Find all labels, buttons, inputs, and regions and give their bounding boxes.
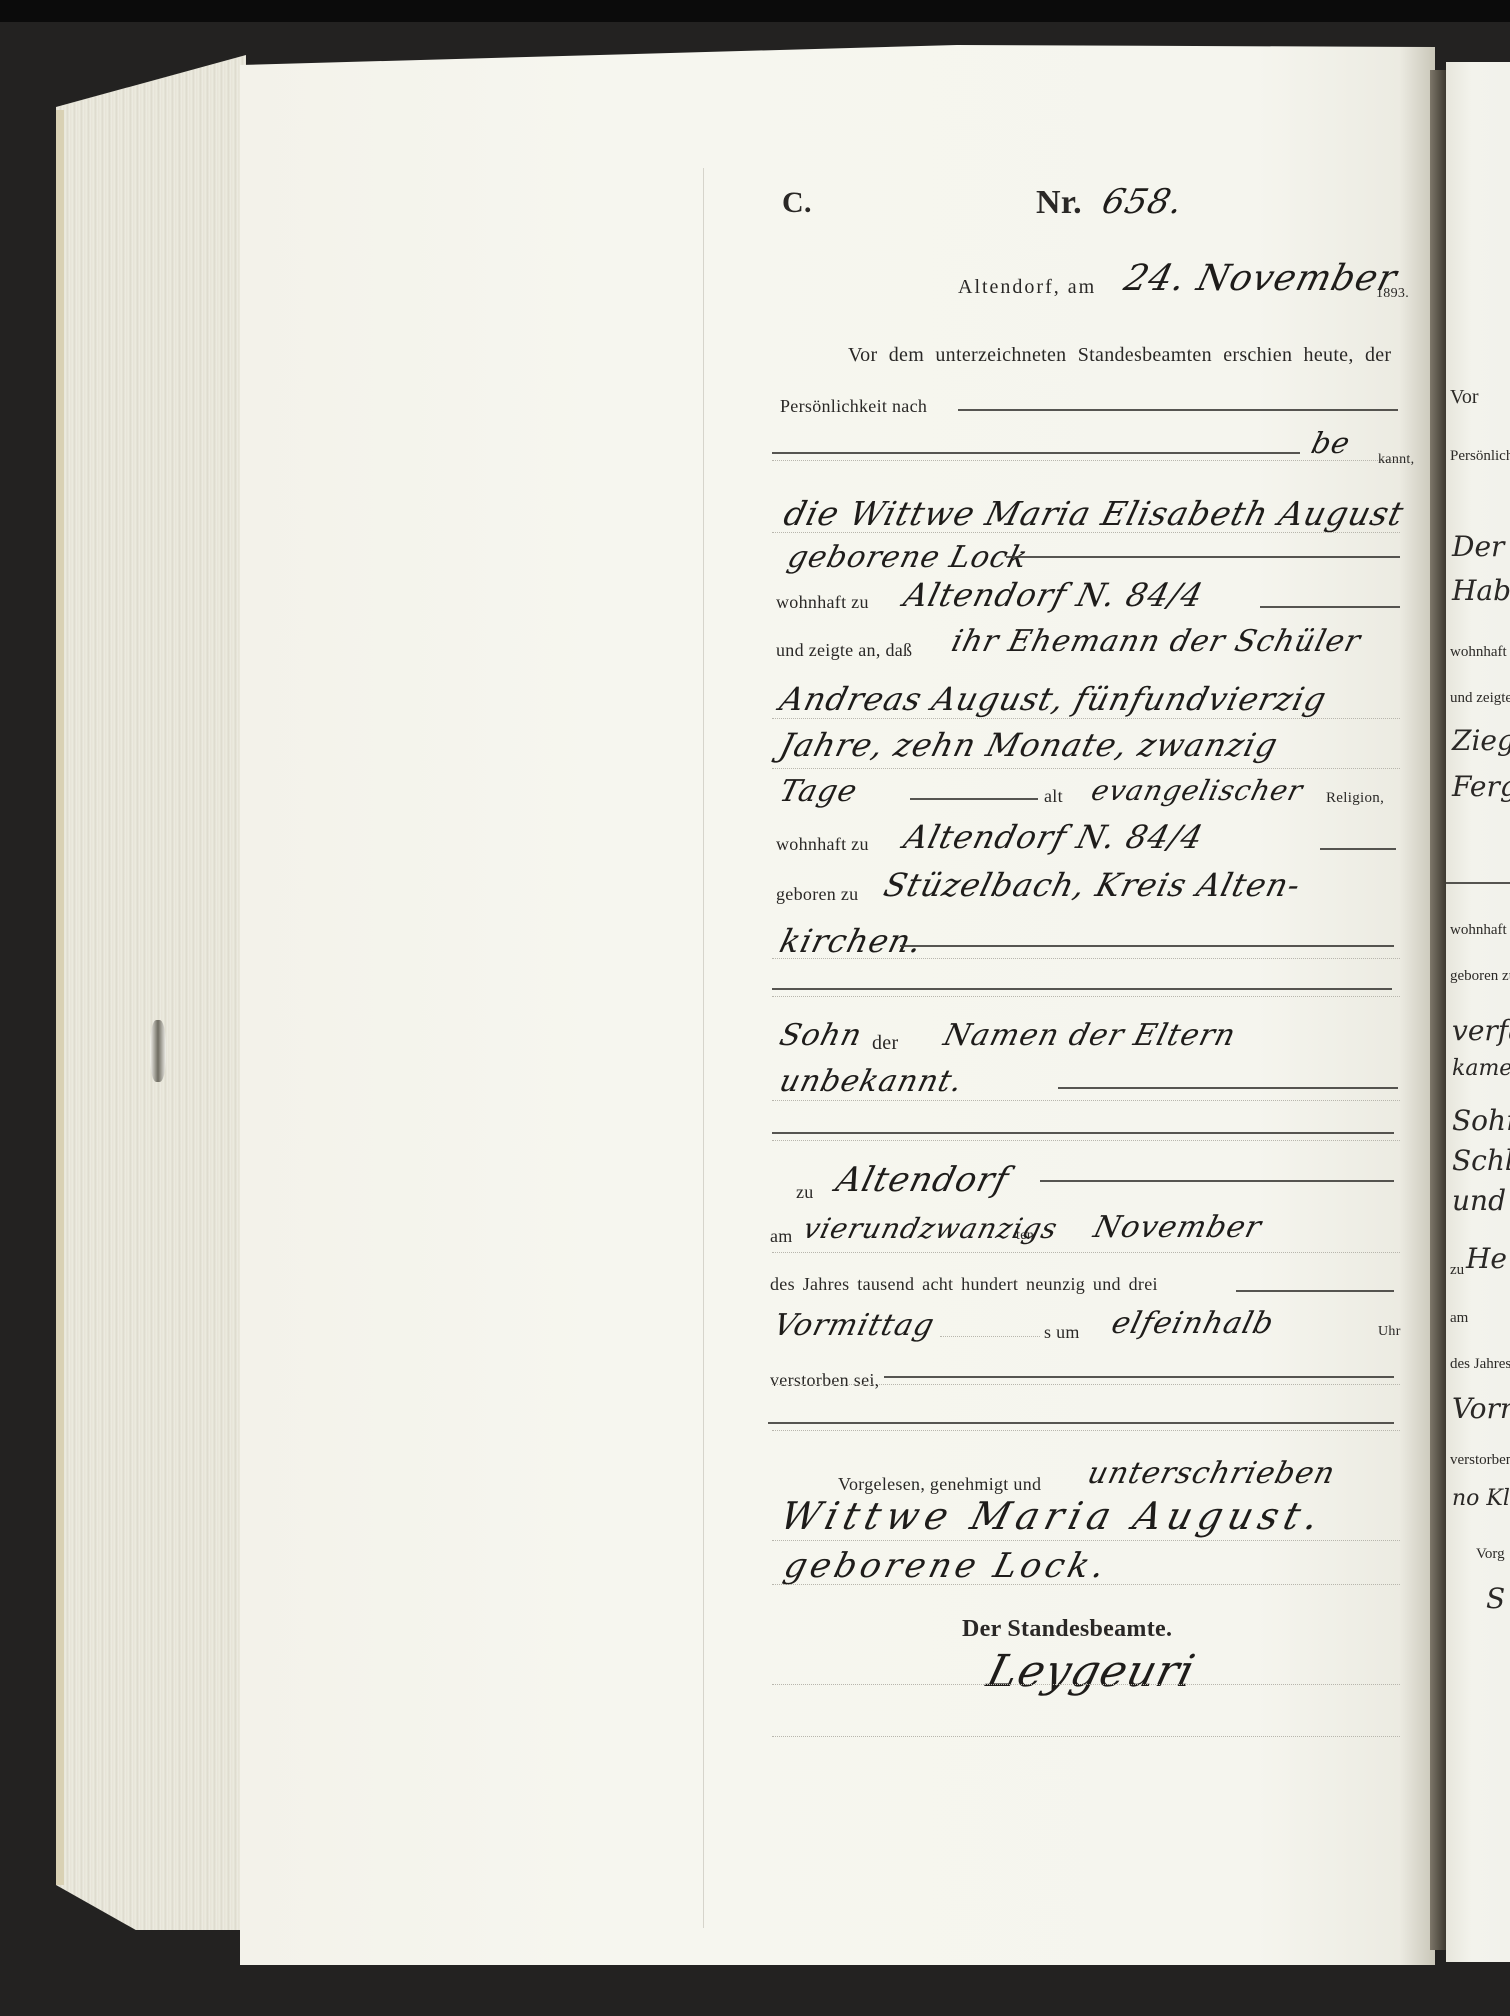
guide-line: [772, 1384, 1400, 1385]
time-of-day: Vormittag: [770, 1308, 938, 1343]
informant-signature-cont: geborene Lock.: [780, 1546, 1113, 1586]
verstorben-label: verstorben sei,: [770, 1370, 879, 1391]
fill-rule: [958, 409, 1398, 411]
informant-maiden-name: geborene Lock: [784, 540, 1032, 575]
persoenlichkeit-label: Persönlichkeit nach: [780, 396, 927, 417]
facing-handwriting: He: [1466, 1242, 1507, 1275]
deceased-residence: Altendorf N. 84/4: [900, 818, 1207, 856]
fill-rule: [1006, 556, 1400, 558]
facing-handwriting: und Ch: [1452, 1184, 1510, 1217]
facing-handwriting: verfan: [1452, 1014, 1510, 1047]
religion-label: Religion,: [1326, 790, 1384, 807]
facing-handwriting: kamen w: [1452, 1056, 1510, 1081]
facing-handwriting: Der L: [1452, 530, 1510, 563]
guide-line: [772, 1100, 1400, 1101]
zeigte-label: und zeigte an, daß: [776, 640, 912, 661]
facing-text: geboren zu: [1450, 968, 1510, 985]
facing-page: Vor Persönlichkeit Der L Hab wohnhaft zu…: [1446, 62, 1510, 1962]
facing-text: verstorben s: [1450, 1452, 1510, 1469]
book-page-stack: [56, 55, 246, 1930]
alt-label: alt: [1044, 786, 1063, 807]
registration-year: 1893.: [1376, 286, 1409, 302]
facing-handwriting: S: [1486, 1582, 1505, 1615]
window-title-bar: /Abt_Rheinland/PA_3103/~082/08210/R_PA_3…: [0, 0, 1510, 22]
deceased-age-cont: Jahre, zehn Monate, zwanzig: [776, 726, 1282, 764]
death-place: Altendorf: [832, 1160, 1013, 1200]
register-page: [240, 45, 1435, 1965]
informant-signature: Wittwe Maria August.: [776, 1494, 1329, 1538]
birthplace-cont: kirchen.: [776, 922, 927, 960]
facing-handwriting: Vorm: [1452, 1392, 1510, 1425]
guide-line: [772, 1736, 1400, 1737]
fill-rule: [772, 452, 1300, 454]
residence-label: wohnhaft zu: [776, 592, 869, 613]
fill-rule: [768, 1422, 1394, 1424]
residence-label-2: wohnhaft zu: [776, 834, 869, 855]
fill-rule: [1058, 1087, 1398, 1089]
facing-handwriting: Zieg: [1452, 724, 1510, 757]
facing-handwriting: Hab: [1452, 574, 1510, 607]
guide-line: [772, 532, 1400, 533]
death-year-words: des Jahres tausend acht hundert neunzig …: [770, 1274, 1158, 1295]
fill-rule: [1260, 606, 1400, 608]
guide-line: [772, 1584, 1400, 1585]
facing-rule: [1446, 882, 1510, 884]
closing-handwritten: unterschrieben: [1084, 1456, 1339, 1491]
registration-date: 24. November: [1120, 258, 1401, 299]
known-printed: kannt,: [1378, 452, 1414, 468]
parents-text-a: Sohn: [776, 1018, 866, 1053]
facing-handwriting: Sohn: [1452, 1104, 1510, 1137]
fill-rule: [884, 1376, 1394, 1378]
guide-line: [772, 718, 1400, 719]
guide-line: [772, 1684, 1400, 1685]
registrar-label: Der Standesbeamte.: [962, 1616, 1172, 1643]
parents-printed: der: [872, 1032, 898, 1055]
time-suffix: s um: [1044, 1322, 1080, 1343]
facing-text: Persönlichkeit: [1450, 448, 1510, 465]
death-place-label: zu: [796, 1182, 814, 1203]
guide-line: [772, 460, 1400, 461]
fill-rule: [772, 988, 1392, 990]
deceased-age-days: Tage: [776, 774, 861, 809]
guide-line: [772, 958, 1400, 959]
register-letter: C.: [782, 186, 812, 220]
informant-residence: Altendorf N. 84/4: [900, 576, 1207, 614]
facing-text: Vorg: [1476, 1546, 1505, 1563]
informant-name: die Wittwe Maria Elisabeth August: [780, 494, 1408, 533]
record-number: 658.: [1098, 182, 1188, 222]
fill-rule: [1236, 1290, 1394, 1292]
page-tab-marker: [150, 1020, 166, 1082]
born-label: geboren zu: [776, 884, 858, 905]
facing-handwriting: Ferg: [1452, 770, 1510, 803]
form-margin-line: [703, 168, 704, 1928]
guide-line: [772, 996, 1400, 997]
guide-line: [772, 1252, 1400, 1253]
facing-handwriting: Schl: [1452, 1144, 1510, 1177]
fill-rule: [910, 798, 1038, 800]
guide-line: [772, 1140, 1400, 1141]
facing-text: und zeigte a: [1450, 690, 1510, 707]
parents-unknown: unbekannt.: [776, 1064, 967, 1099]
guide-line: [772, 1540, 1400, 1541]
fill-rule: [900, 945, 1394, 947]
record-number-label: Nr.: [1036, 184, 1082, 222]
fill-rule: [1040, 1180, 1394, 1182]
facing-handwriting: no Kla: [1452, 1486, 1510, 1511]
uhr-label: Uhr: [1378, 1324, 1401, 1340]
facing-text: am: [1450, 1310, 1468, 1327]
fill-rule: [1320, 848, 1396, 850]
death-day-label: am: [770, 1226, 793, 1247]
place-label: Altendorf, am: [958, 276, 1096, 299]
facing-text: Vor: [1450, 386, 1479, 409]
fill-rule: [772, 1132, 1394, 1134]
birthplace: Stüzelbach, Kreis Alten-: [880, 866, 1305, 904]
guide-line: [772, 768, 1400, 769]
guide-line: [940, 1336, 1040, 1337]
deceased-relation: ihr Ehemann der Schüler: [948, 624, 1365, 659]
guide-line: [772, 1430, 1400, 1431]
death-day-suffix: ten: [1016, 1228, 1034, 1244]
facing-text: des Jahres: [1450, 1356, 1510, 1373]
registrar-signature: Leygeuri: [982, 1646, 1200, 1697]
facing-text: zu: [1450, 1262, 1464, 1279]
closing-printed: Vorgelesen, genehmigt und: [838, 1474, 1041, 1495]
death-month: November: [1090, 1210, 1265, 1245]
religion-value: evangelischer: [1088, 774, 1307, 807]
death-hour: elfeinhalb: [1108, 1306, 1278, 1341]
deceased-name-age: Andreas August, fünfundvierzig: [776, 680, 1331, 718]
parents-text-b: Namen der Eltern: [940, 1018, 1240, 1053]
facing-text: wohnhaft zu: [1450, 922, 1510, 939]
facing-text: wohnhaft zu: [1450, 644, 1510, 661]
book-edge: [56, 110, 64, 1885]
intro-text: Vor dem unterzeichneten Standesbeamten e…: [848, 344, 1391, 367]
